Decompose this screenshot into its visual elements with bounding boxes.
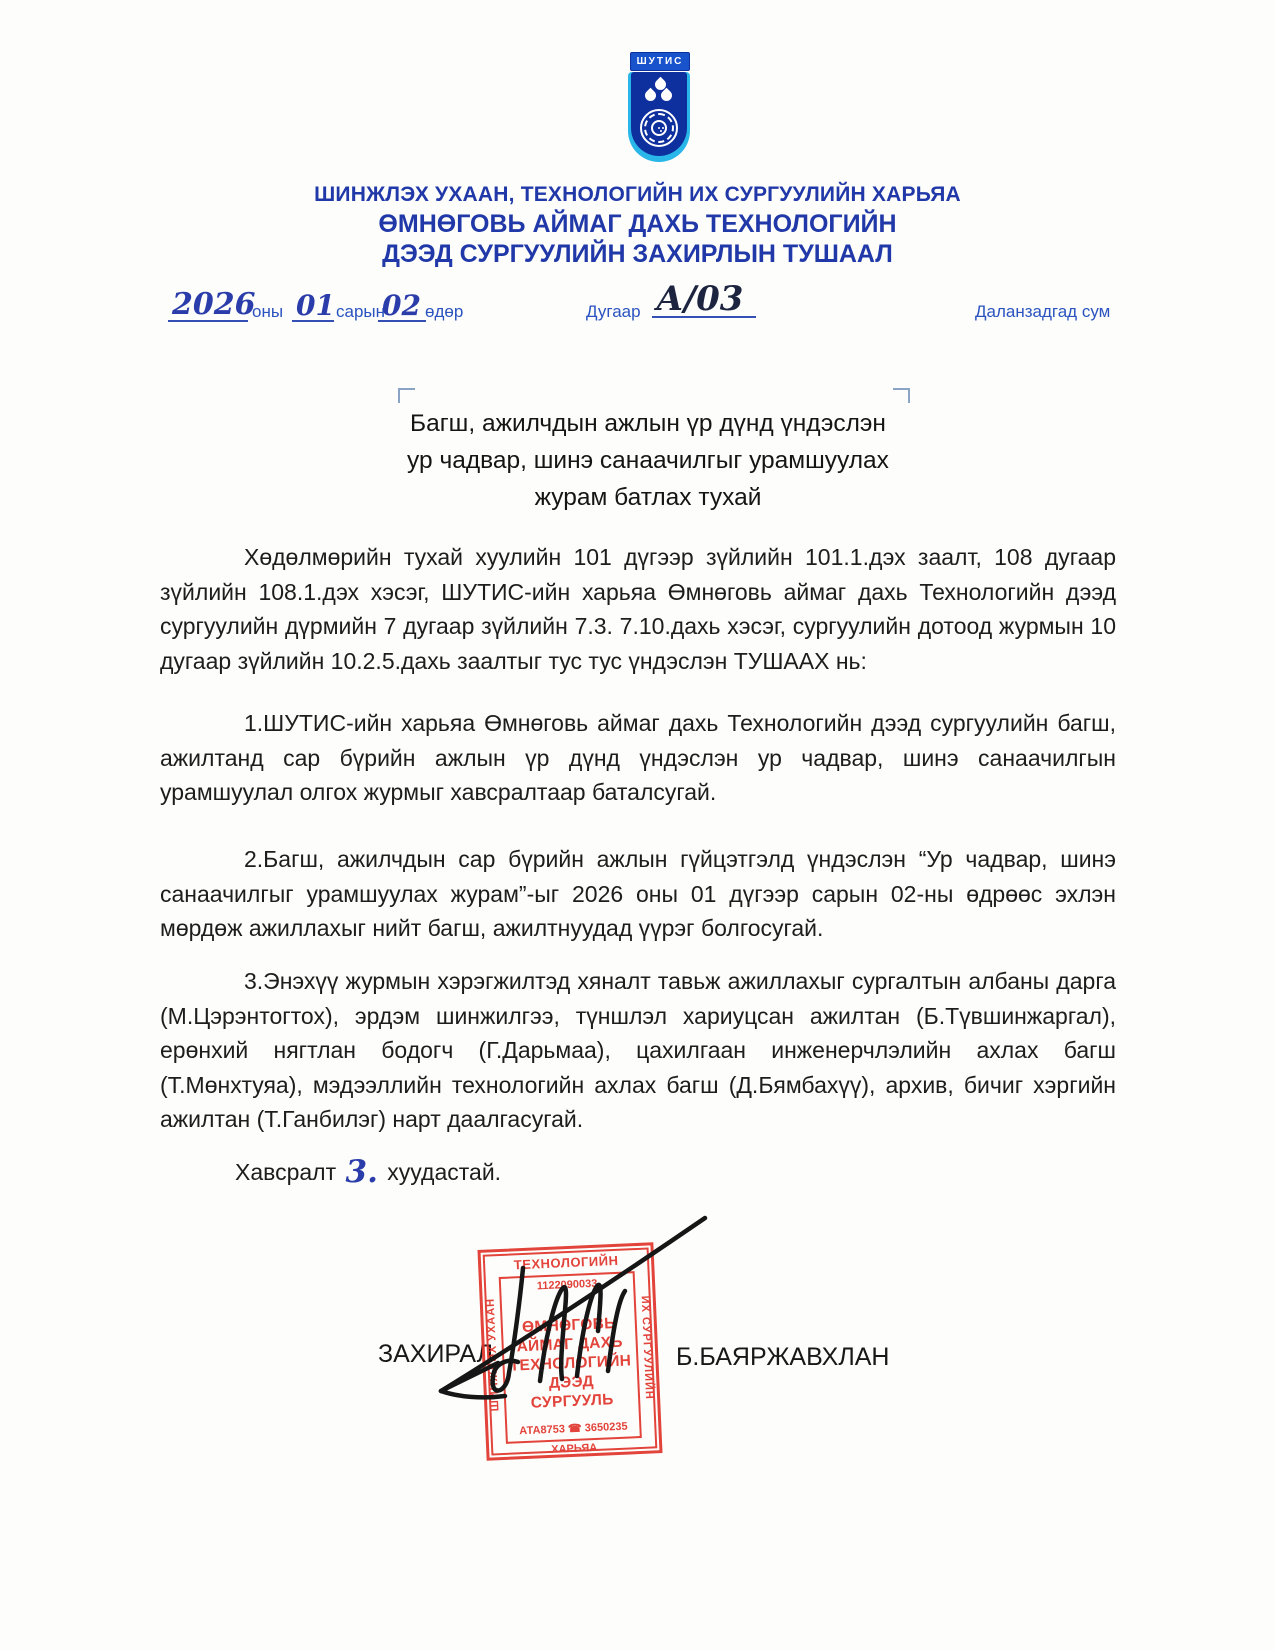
attachment-prefix: Хавсралт (235, 1159, 336, 1185)
day-label: өдөр (425, 302, 463, 322)
logo-shield (631, 72, 687, 156)
handwritten-year: 2026 (168, 290, 248, 322)
title-corner-left (398, 388, 415, 403)
handwritten-page-count: 3. (343, 1154, 381, 1190)
order-item-1: 1.ШУТИС-ийн харьяа Өмнөговь аймаг дахь Т… (160, 706, 1116, 810)
location-label: Даланзадгад сум (975, 302, 1110, 322)
intro-paragraph: Хөдөлмөрийн тухай хуулийн 101 дүгээр зүй… (160, 540, 1116, 678)
date-number-row: 2026 оны 01 сарын 02 өдөр Дугаар А/03 Да… (0, 288, 1275, 334)
logo-banner: ШУТИС (630, 52, 690, 71)
handwritten-order-number: А/03 (652, 282, 756, 318)
handwritten-signature (420, 1205, 740, 1415)
letterhead-line-2: ӨМНӨГОВЬ АЙМАГ ДАХЬ ТЕХНОЛОГИЙН (0, 210, 1275, 239)
attachment-suffix: хуудастай. (387, 1159, 501, 1185)
university-logo: ШУТИС (627, 52, 691, 164)
title-line-2: ур чадвар, шинэ санаачилгыг урамшуулах (338, 442, 958, 479)
letterhead-line-3: ДЭЭД СУРГУУЛИЙН ЗАХИРЛЫН ТУШААЛ (0, 240, 1275, 269)
handwritten-day: 02 (378, 292, 426, 322)
handwritten-month: 01 (292, 292, 334, 322)
gear-emblem-icon (640, 109, 678, 147)
water-drop-icon (643, 88, 659, 104)
seal-code-phone: АТА8753 ☎ 3650235 (507, 1419, 639, 1438)
year-label: оны (252, 302, 283, 322)
letterhead-line-1: ШИНЖЛЭХ УХААН, ТЕХНОЛОГИЙН ИХ СУРГУУЛИЙН… (0, 183, 1275, 207)
title-line-1: Багш, ажилчдын ажлын үр дүнд үндэслэн (338, 405, 958, 442)
order-subject-title: Багш, ажилчдын ажлын үр дүнд үндэслэн ур… (338, 405, 958, 516)
order-item-3: 3.Энэхүү журмын хэрэгжилтэд хяналт тавьж… (160, 964, 1116, 1137)
attachment-note: Хавсралт 3. хуудастай. (160, 1152, 1116, 1188)
order-item-2: 2.Багш, ажилчдын сар бүрийн ажлын гүйцэт… (160, 842, 1116, 946)
gear-dots (658, 127, 660, 129)
title-line-3: журам батлах тухай (338, 479, 958, 516)
gear-core (651, 120, 667, 136)
number-label: Дугаар (586, 302, 641, 322)
title-corner-right (893, 388, 910, 403)
document-page: ШУТИС ШИНЖЛЭХ УХААН, ТЕХНОЛОГИЙН ИХ СУРГ… (0, 0, 1275, 1650)
